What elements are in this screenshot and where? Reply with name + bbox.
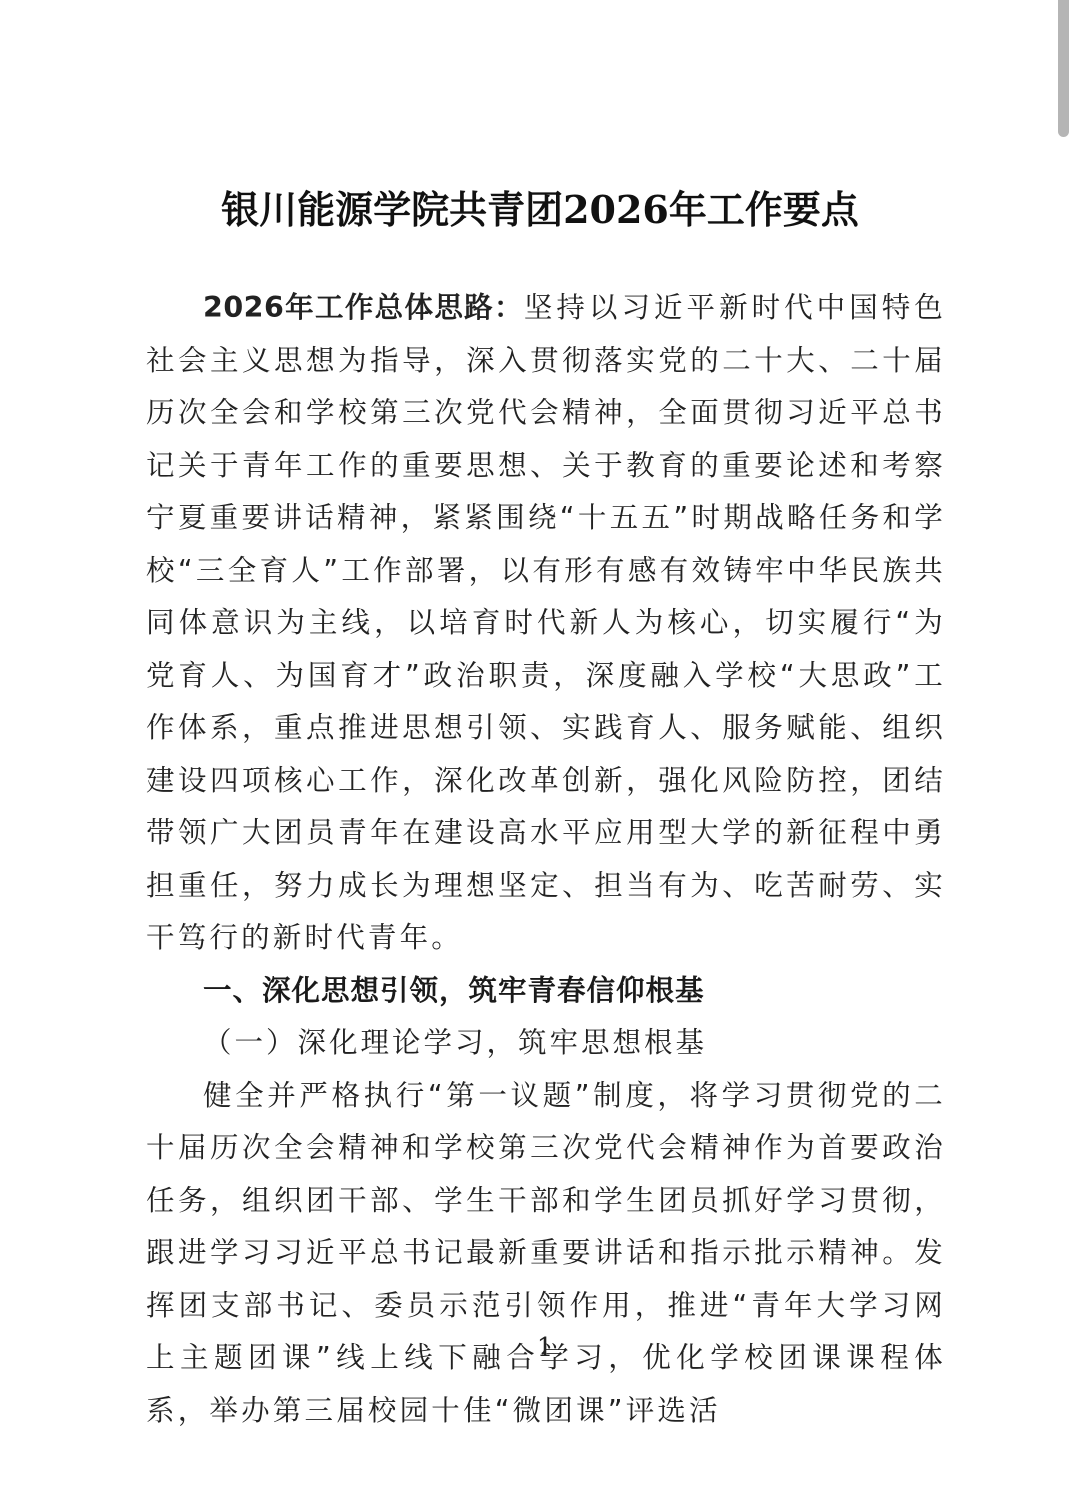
- subsection-heading: （一）深化理论学习，筑牢思想根基: [146, 1017, 946, 1070]
- intro-paragraph: 2026年工作总体思路：坚持以习近平新时代中国特色社会主义思想为指导，深入贯彻落…: [146, 282, 946, 965]
- section-heading: 一、深化思想引领，筑牢青春信仰根基: [146, 965, 946, 1018]
- document-page: 银川能源学院共青团2026年工作要点 2026年工作总体思路：坚持以习近平新时代…: [0, 0, 1080, 1504]
- page-number: 1: [0, 1330, 1080, 1366]
- document-title: 银川能源学院共青团2026年工作要点: [0, 180, 1080, 240]
- document-body: 2026年工作总体思路：坚持以习近平新时代中国特色社会主义思想为指导，深入贯彻落…: [146, 282, 946, 1437]
- vertical-scrollbar-thumb[interactable]: [1058, 0, 1069, 137]
- intro-text: 坚持以习近平新时代中国特色社会主义思想为指导，深入贯彻落实党的二十大、二十届历次…: [146, 291, 946, 954]
- intro-lead: 2026年工作总体思路：: [203, 291, 524, 324]
- subsection-paragraph: 健全并严格执行“第一议题”制度，将学习贯彻党的二十届历次全会精神和学校第三次党代…: [146, 1070, 946, 1438]
